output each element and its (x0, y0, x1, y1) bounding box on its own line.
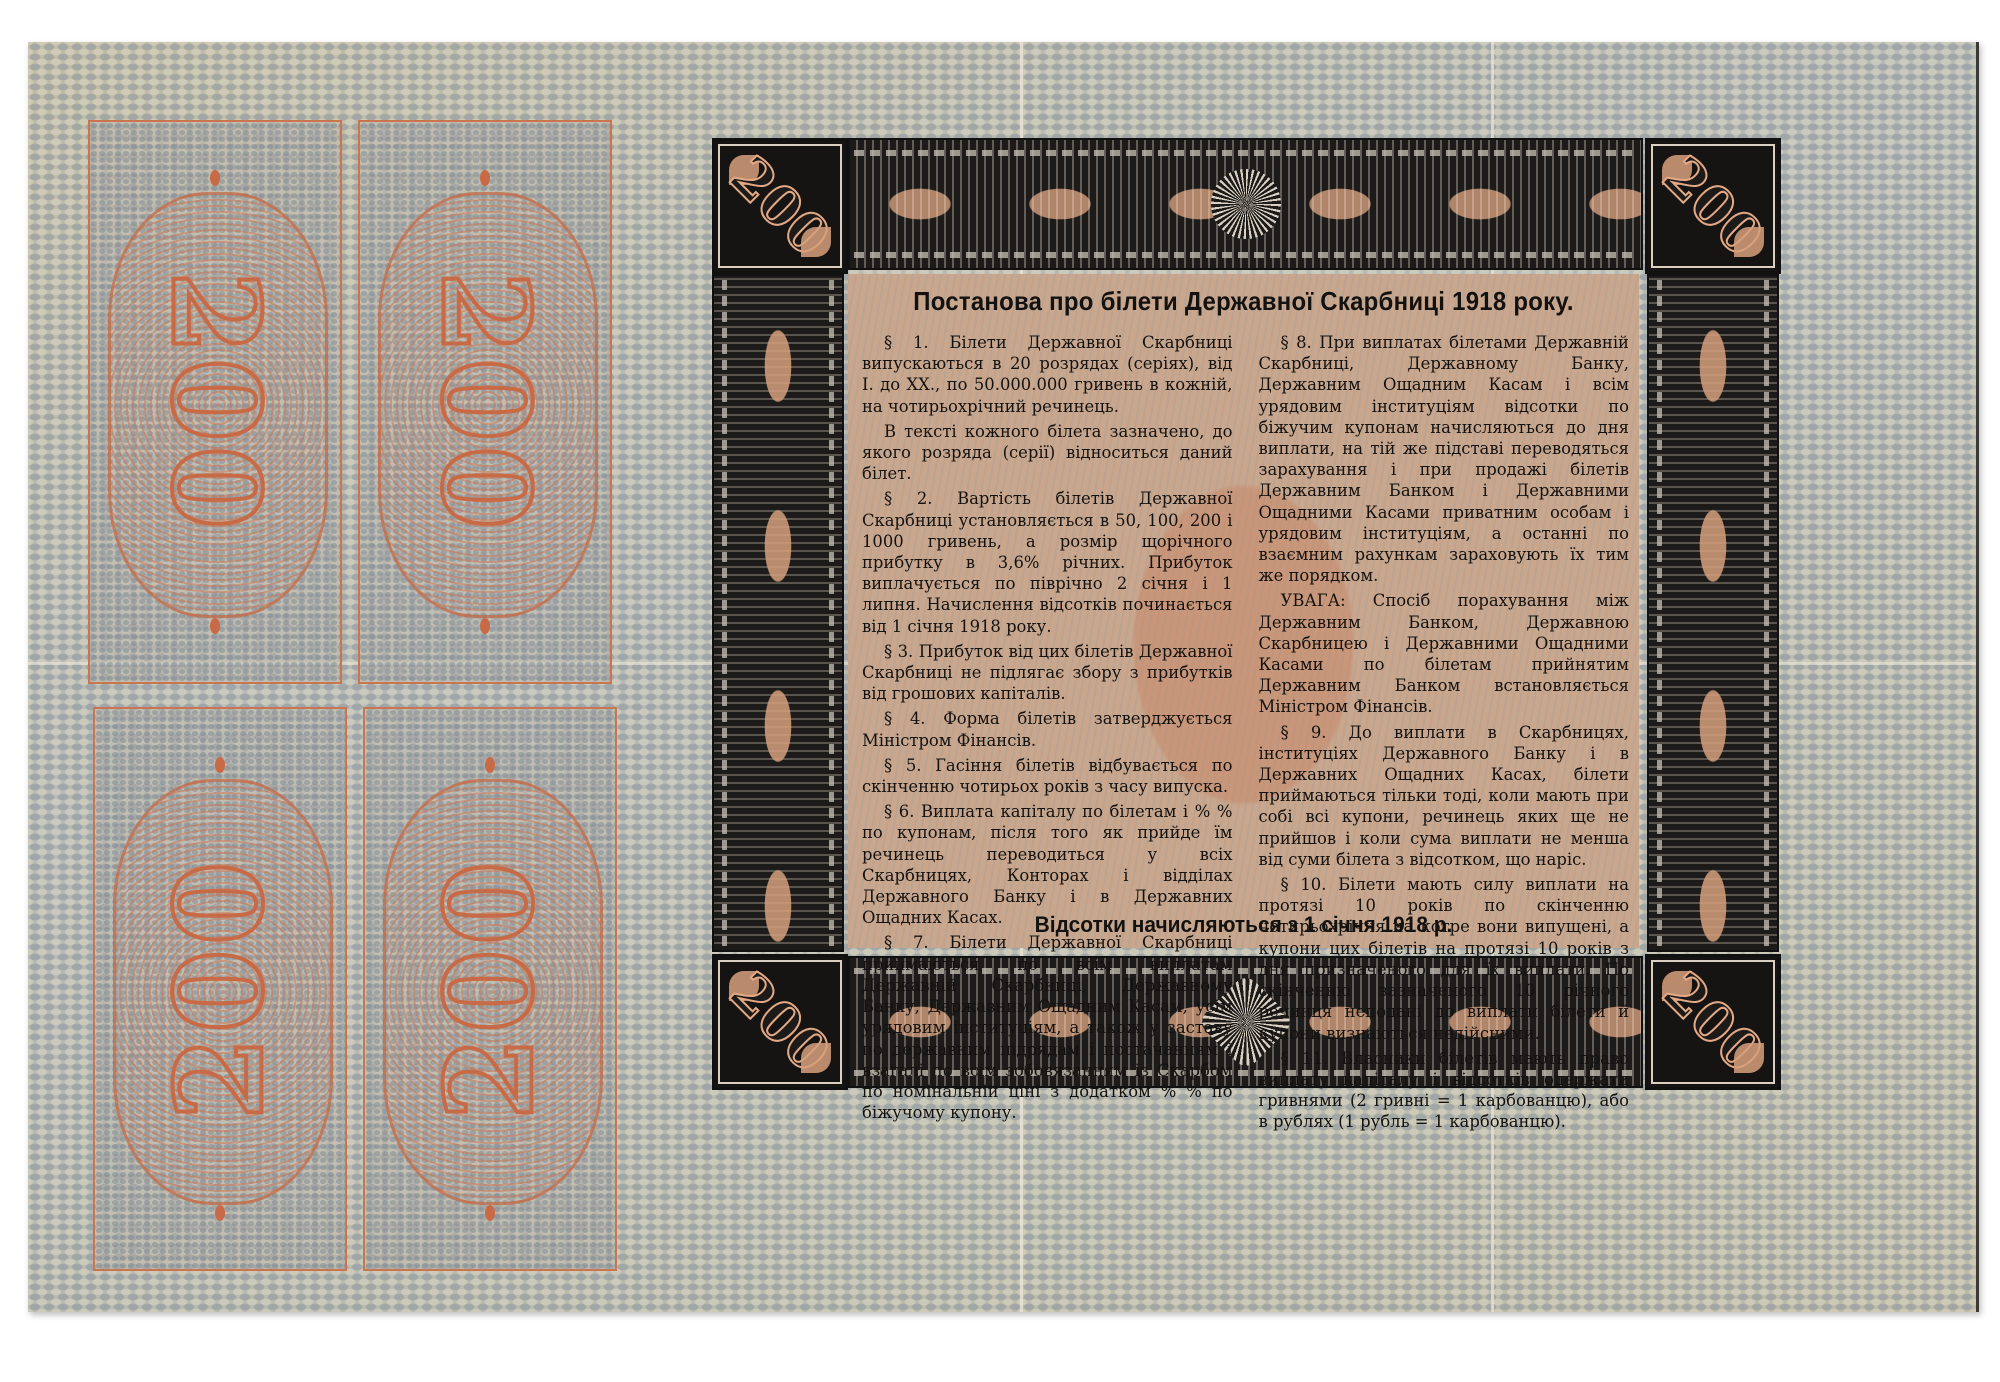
ornament-icon (485, 757, 495, 773)
coupon-top-left: 200 (88, 120, 342, 684)
coupon-bottom-right: 200 (363, 707, 617, 1271)
coupon-denomination: 200 (415, 271, 556, 534)
right-border-band (1647, 274, 1779, 952)
ornament-icon (215, 1205, 225, 1221)
paragraph-note-uvaha: УВАГА: Спосіб порахування між Державним … (1259, 590, 1630, 717)
paragraph-9: § 9. До виплати в Скарбницях, інституція… (1259, 722, 1630, 870)
text-column-left: § 1. Білети Державної Скарбниці випускаю… (862, 332, 1233, 1137)
coupon-bottom-left: 200 (93, 707, 347, 1271)
rosette-icon (1211, 169, 1281, 239)
paragraph-2: § 2. Вартість білетів Державної Скарбниц… (862, 488, 1233, 636)
paragraph-11: § 11. Власники білетів мають право випла… (1259, 1048, 1630, 1133)
ornament-icon (215, 757, 225, 773)
paragraph-10: § 10. Білети мають силу виплати на протя… (1259, 874, 1630, 1044)
paragraph-1-note: В тексті кожного білета зазначено, до як… (862, 421, 1233, 485)
corner-denomination-bottom-right: 200 (1645, 954, 1781, 1090)
ornament-icon (480, 170, 490, 186)
paragraph-1: § 1. Білети Державної Скарбниці випускаю… (862, 332, 1233, 417)
ornament-icon (210, 170, 220, 186)
paragraph-3: § 3. Прибуток від цих білетів Державної … (862, 641, 1233, 705)
corner-denomination-top-left: 200 (712, 138, 848, 274)
paragraph-5: § 5. Гасіння білетів відбувається по скі… (862, 755, 1233, 797)
left-border-band (712, 274, 844, 952)
text-column-right: § 8. При виплатах білетами Державній Ска… (1259, 332, 1630, 1137)
corner-denomination-bottom-left: 200 (712, 954, 848, 1090)
coupon-top-right: 200 (358, 120, 612, 684)
coupon-denomination: 200 (145, 271, 286, 534)
ornament-icon (485, 1205, 495, 1221)
paragraph-8: § 8. При виплатах білетами Державній Ска… (1259, 332, 1630, 586)
interest-footer: Відсотки начисляються з 1 січня 1918 р. (868, 912, 1619, 938)
ornament-icon (480, 618, 490, 634)
ornament-icon (210, 618, 220, 634)
regulation-title: Постанова про білети Державної Скарбниці… (880, 286, 1608, 317)
paragraph-4: § 4. Форма білетів затверджується Мініст… (862, 708, 1233, 750)
paragraph-6: § 6. Виплата капіталу по білетам і % % п… (862, 801, 1233, 928)
regulation-text-panel: Постанова про білети Державної Скарбниці… (848, 274, 1639, 948)
paragraph-7: § 7. Білети Державної Скарбниці приймают… (862, 932, 1233, 1123)
text-frame: 200 200 200 200 Постанова про білети Дер… (712, 138, 1775, 1084)
coupon-denomination: 200 (420, 858, 561, 1121)
coupon-denomination: 200 (150, 858, 291, 1121)
corner-denomination-top-right: 200 (1645, 138, 1781, 274)
top-border-band (848, 138, 1643, 270)
